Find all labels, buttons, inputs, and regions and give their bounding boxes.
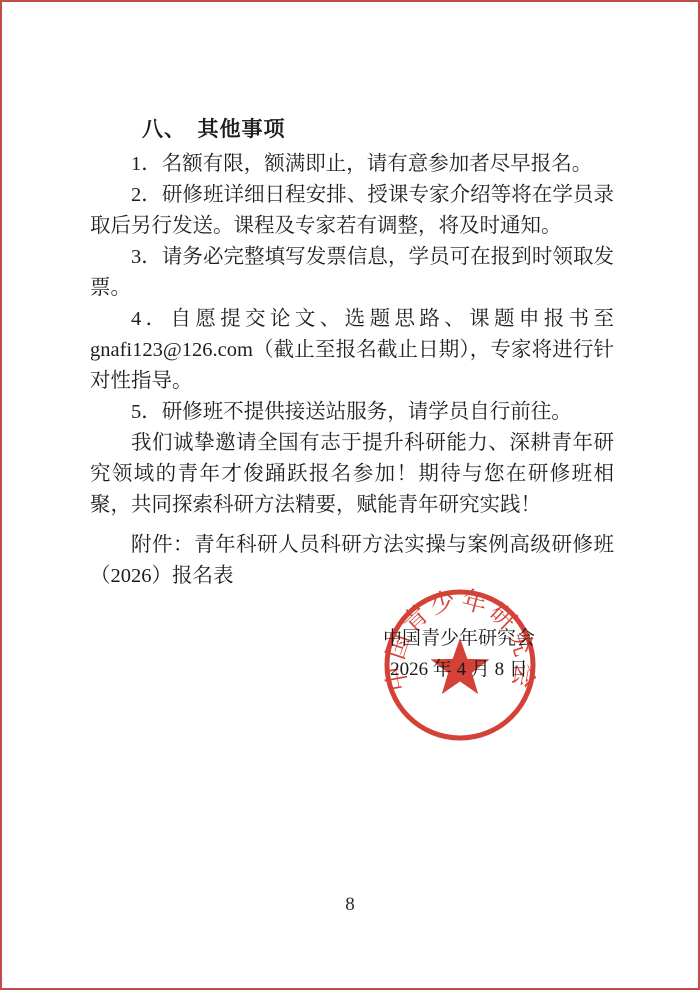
signature-date: 2026 年 4 月 8 日 — [374, 654, 544, 685]
page-number: 8 — [2, 894, 698, 916]
list-item-5: 5．研修班不提供接送站服务，请学员自行前往。 — [90, 397, 614, 428]
document-page: 八、 其他事项 1．名额有限，额满即止，请有意参加者尽早报名。 2．研修班详细日… — [0, 0, 700, 990]
attachment-line: 附件：青年科研人员科研方法实操与案例高级研修班（2026）报名表 — [90, 530, 614, 592]
list-item-2: 2．研修班详细日程安排、授课专家介绍等将在学员录取后另行发送。课程及专家若有调整… — [90, 180, 614, 242]
list-item-3: 3．请务必完整填写发票信息，学员可在报到时领取发票。 — [90, 242, 614, 304]
section-heading: 八、 其他事项 — [90, 114, 614, 145]
signature-organization: 中国青少年研究会 — [374, 623, 544, 654]
document-body: 八、 其他事项 1．名额有限，额满即止，请有意参加者尽早报名。 2．研修班详细日… — [90, 114, 614, 592]
closing-paragraph: 我们诚挚邀请全国有志于提升科研能力、深耕青年研究领域的青年才俊踊跃报名参加！期待… — [90, 428, 614, 521]
signature-block: 中国青少年研究会 2026 年 4 月 8 日 — [374, 623, 544, 685]
list-item-4: 4．自愿提交论文、选题思路、课题申报书至gnafi123@126.com（截止至… — [90, 304, 614, 397]
list-item-1: 1．名额有限，额满即止，请有意参加者尽早报名。 — [90, 149, 614, 180]
